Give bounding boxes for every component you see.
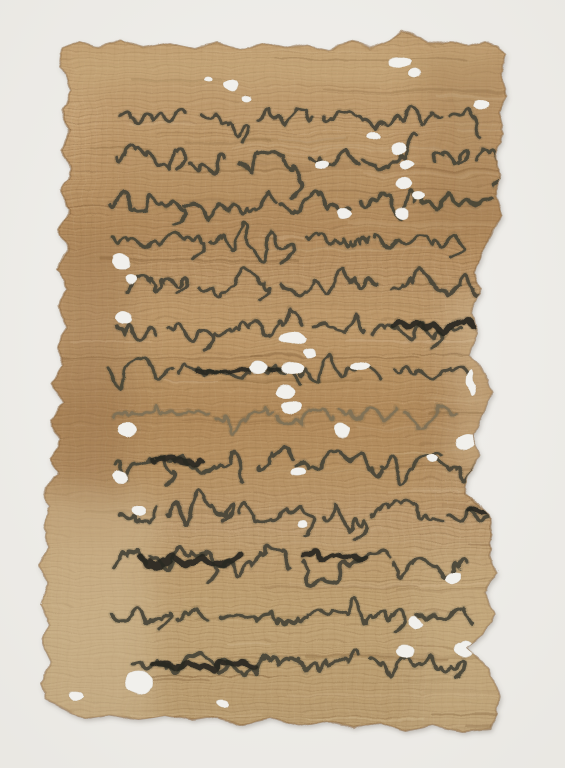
hole — [238, 92, 248, 100]
hole — [122, 668, 150, 692]
hole — [295, 518, 305, 526]
hole — [314, 158, 328, 168]
hole — [112, 470, 128, 482]
hole — [279, 332, 305, 346]
hole — [220, 78, 236, 90]
hole — [129, 502, 143, 514]
hole — [393, 206, 407, 216]
papyrus-photo — [0, 0, 565, 768]
hole — [111, 253, 129, 267]
hole — [393, 644, 411, 656]
hole — [202, 76, 210, 82]
hole — [332, 423, 348, 435]
hole — [291, 465, 305, 475]
hole — [66, 692, 80, 702]
tone-patch — [150, 540, 410, 730]
tone-patch — [95, 85, 425, 235]
hole — [116, 420, 134, 434]
hole — [388, 142, 406, 154]
hole — [364, 130, 378, 138]
hole — [350, 360, 370, 370]
hole — [122, 272, 134, 282]
hole — [273, 382, 293, 396]
hole — [112, 307, 130, 323]
hole — [444, 569, 460, 583]
hole — [278, 399, 300, 413]
hole — [470, 97, 486, 109]
hole — [407, 615, 421, 627]
hole — [424, 452, 436, 462]
hole — [278, 359, 302, 373]
hole — [466, 367, 474, 393]
hole — [410, 193, 422, 201]
papyrus-scan-image — [0, 0, 565, 768]
hole — [246, 360, 264, 372]
hole — [397, 159, 411, 169]
hole — [387, 54, 409, 66]
hole — [394, 177, 410, 189]
hole — [216, 697, 228, 705]
hole — [334, 207, 348, 219]
hole — [301, 347, 313, 355]
hole — [406, 68, 418, 78]
